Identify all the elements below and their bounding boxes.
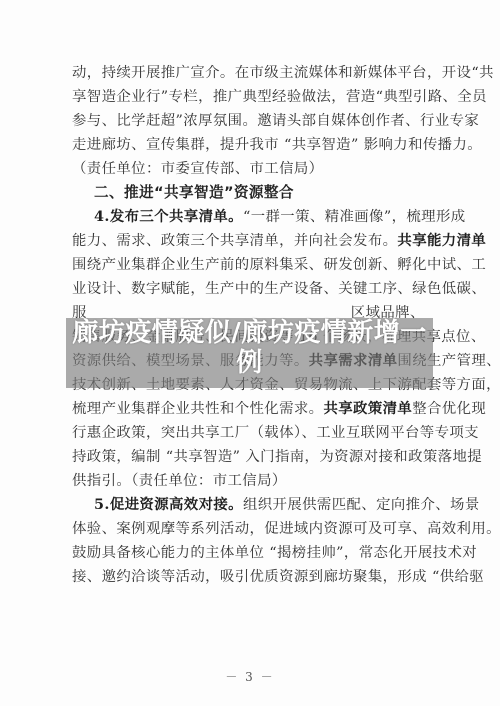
text-line: 行惠企政策，突出共享工厂（载体）、工业互联网平台等专项支: [72, 424, 432, 442]
text-line: 能力、需求、政策三个共享清单，并向社会发布。共享能力清单: [72, 232, 432, 250]
page-number: － 3 －: [0, 668, 500, 685]
item-5-title: 5.促进资源高效对接。: [94, 496, 243, 513]
text-line: 持政策，编制 “共享智造” 入门指南，为资源对接和政策落地提: [72, 448, 432, 466]
responsible-unit-note: 供指引。（责任单位：市工信局）: [72, 472, 432, 490]
text-line: 鼓励具备核心能力的主体单位 “揭榜挂帅”，常态化开展技术对: [72, 544, 432, 562]
text-span: 整合优化现: [412, 401, 486, 417]
item-4-title: 4.发布三个共享清单。: [94, 208, 243, 225]
text-line: 围绕产业集群企业生产前的原料集采、研发创新、孵化中试、工: [72, 256, 432, 274]
text-line: 业设计、数字赋能，生产中的生产设备、关键工序、绿色低碳、: [72, 280, 432, 298]
text-line: 走进廊坊、宣传集群，提升我市 “共享智造” 影响力和传播力。: [72, 136, 432, 154]
text-line: 参与、比学赶超”浓厚氛围。邀请头部自媒体创作者、行业专家: [72, 112, 432, 130]
text-line: 梳理产业集群企业共性和个性化需求。共享政策清单整合优化现: [72, 400, 432, 418]
item-5-heading-line: 5.促进资源高效对接。组织开展供需匹配、定向推介、场景: [94, 496, 432, 514]
text-line: 接、邀约洽谈等活动，吸引优质资源到廊坊聚集，形成 “供给驱: [72, 568, 432, 586]
text-span: 梳理产业集群企业共性和个性化需求。: [72, 401, 323, 417]
section-heading: 二、推进“共享智造”资源整合: [94, 184, 432, 202]
overlay-title: 廊坊疫情疑似/廊坊疫情新增一例: [66, 318, 433, 378]
responsible-unit-note: （责任单位：市委宣传部、市工信局）: [72, 160, 432, 178]
policy-list-label: 共享政策清单: [323, 400, 412, 417]
capability-list-label: 共享能力清单: [397, 232, 486, 249]
item-5-lead: 组织开展供需匹配、定向推介、场景: [243, 497, 480, 513]
text-span: 能力、需求、政策三个共享清单，并向社会发布。: [72, 233, 397, 249]
text-line: 享智造企业行”专栏，推广典型经验做法，营造“典型引路、全员: [72, 88, 432, 106]
item-4-lead: “一群一策、精准画像”，梳理形成: [243, 209, 466, 225]
text-line: 动，持续开展推广宣介。在市级主流媒体和新媒体平台，开设“共: [72, 64, 432, 82]
item-4-heading-line: 4.发布三个共享清单。“一群一策、精准画像”，梳理形成: [94, 208, 432, 226]
text-line: 体验、案例观摩等系列活动，促进域内资源可及可享、高效利用。: [72, 520, 432, 538]
